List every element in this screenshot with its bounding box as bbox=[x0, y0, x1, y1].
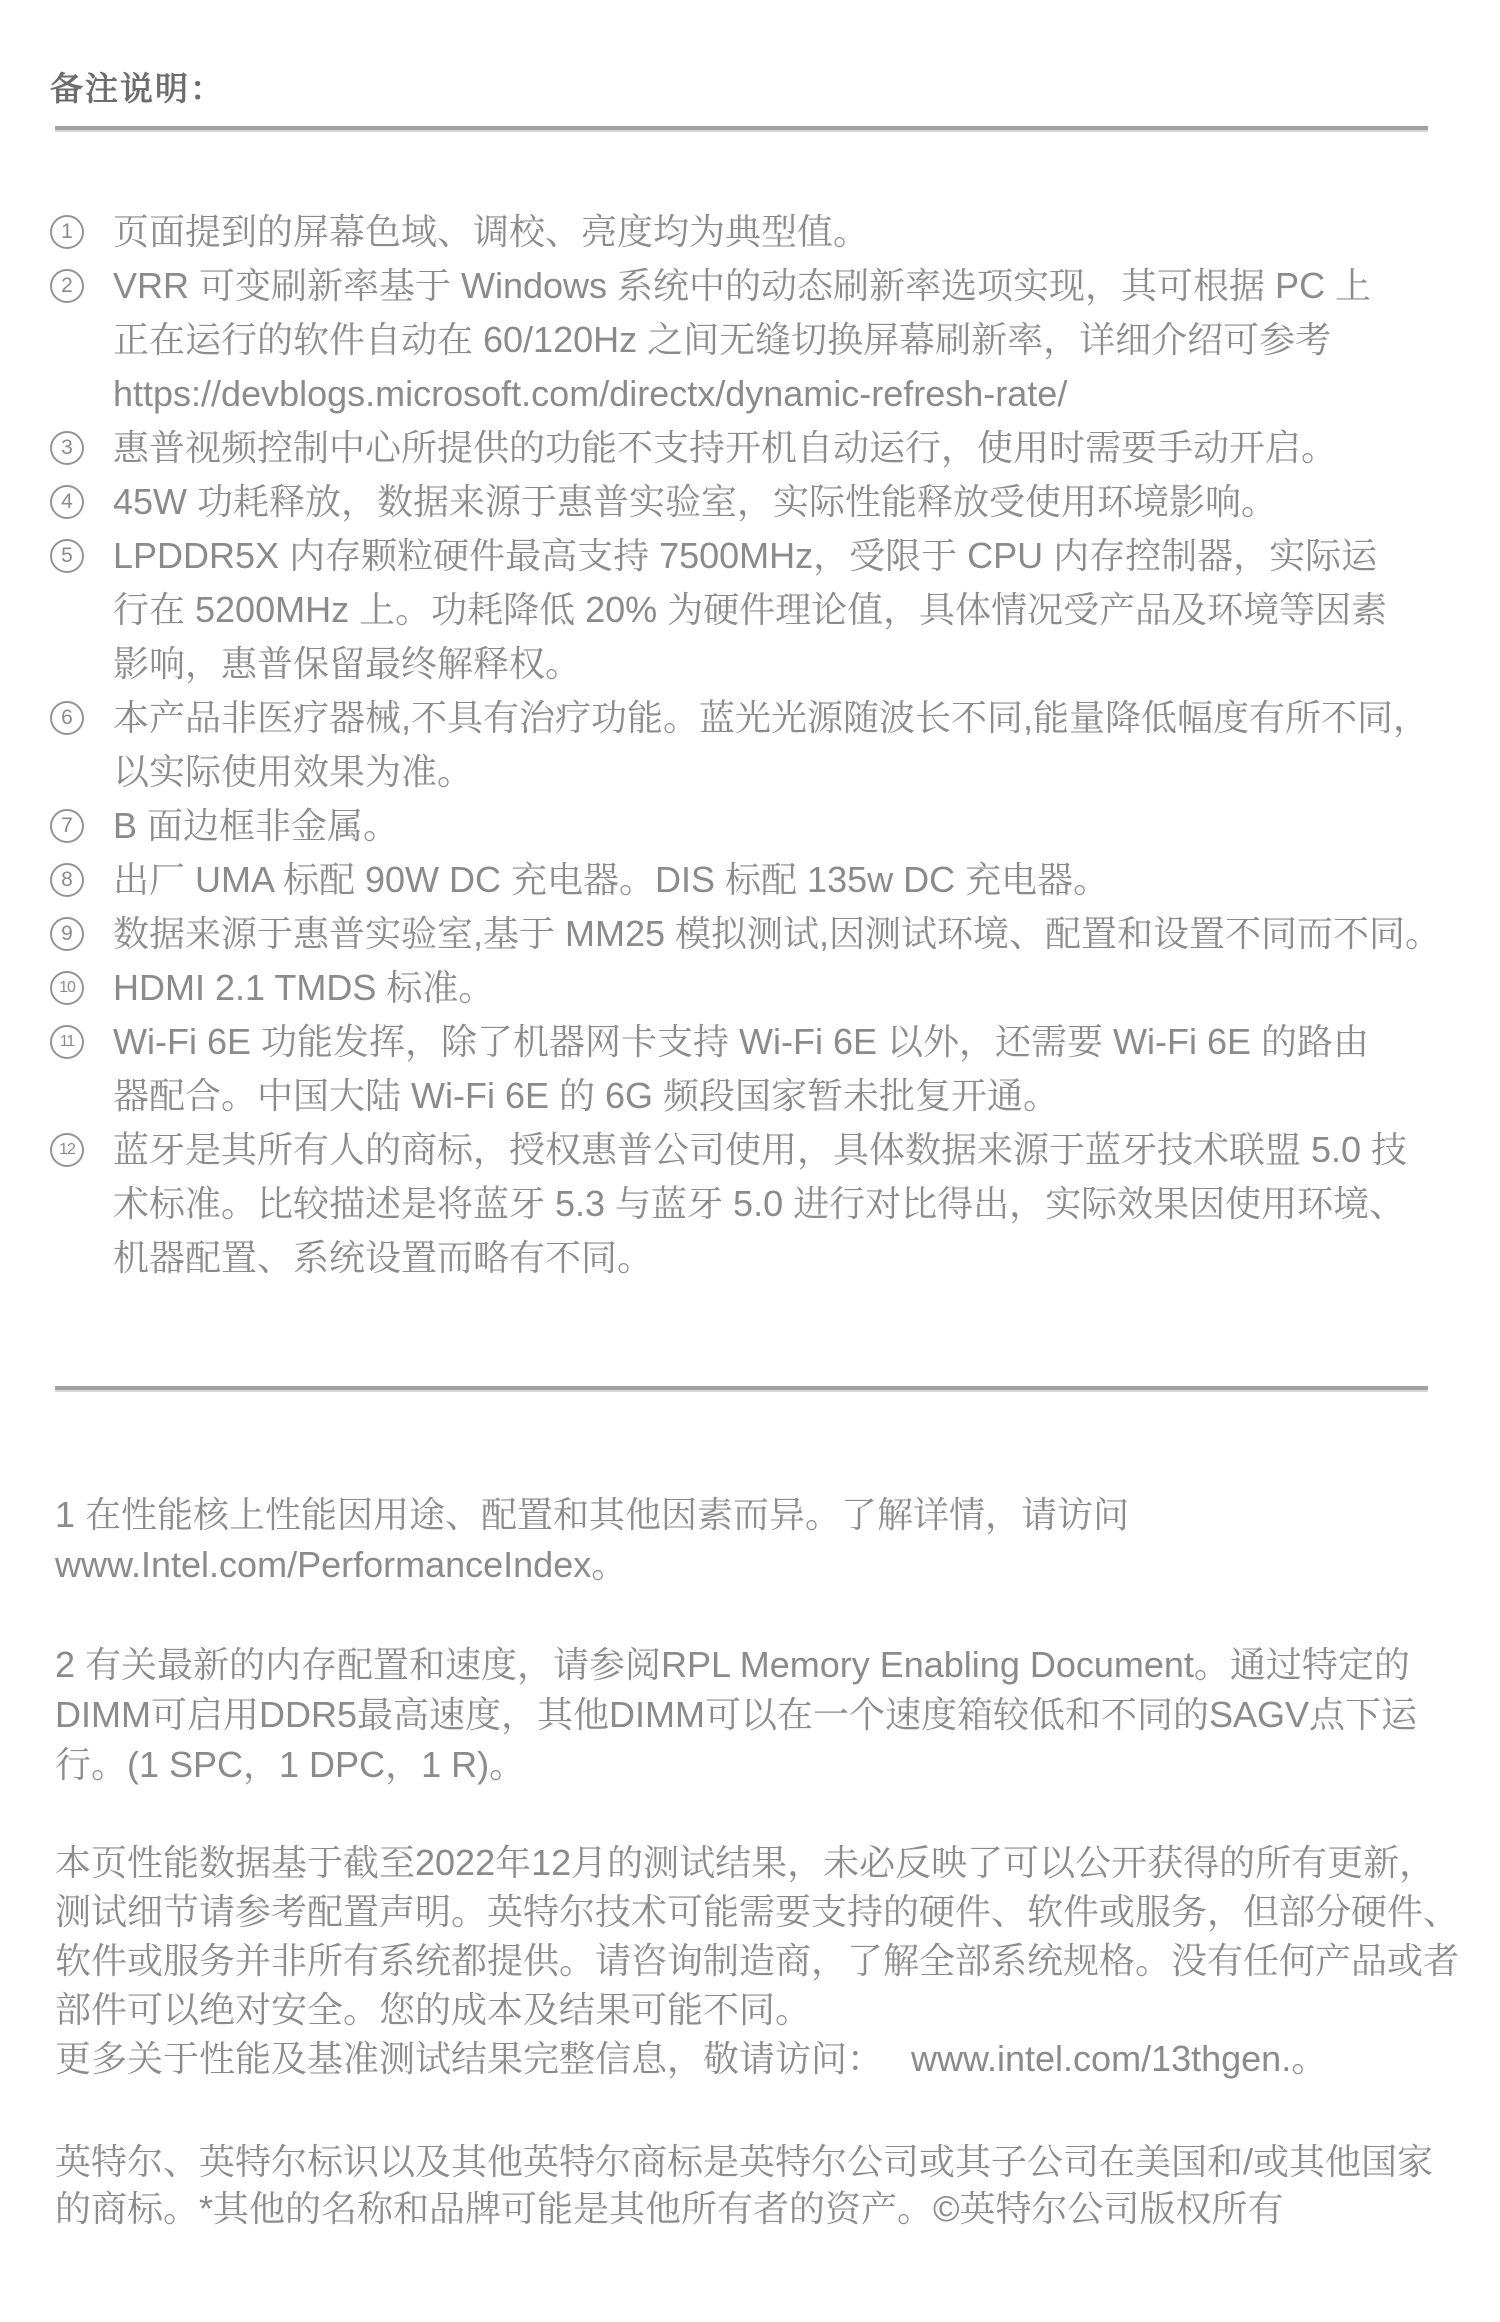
note-text: VRR 可变刷新率基于 Windows 系统中的动态刷新率选项实现，其可根据 P… bbox=[113, 259, 1371, 421]
note-item: 11 Wi-Fi 6E 功能发挥，除了机器网卡支持 Wi-Fi 6E 以外，还需… bbox=[50, 1015, 1445, 1123]
note-item: 2 VRR 可变刷新率基于 Windows 系统中的动态刷新率选项实现，其可根据… bbox=[50, 259, 1445, 421]
notes-list: 1 页面提到的屏幕色域、调校、亮度均为典型值。 2 VRR 可变刷新率基于 Wi… bbox=[50, 205, 1445, 1285]
note-item: 12 蓝牙是其所有人的商标，授权惠普公司使用，具体数据来源于蓝牙技术联盟 5.0… bbox=[50, 1123, 1445, 1285]
footnote-trademark-notice: 英特尔、英特尔标识以及其他英特尔商标是英特尔公司或其子公司在美国和/或其他国家 … bbox=[55, 2138, 1433, 2232]
note-text: B 面边框非金属。 bbox=[113, 799, 399, 853]
note-number-badge: 8 bbox=[50, 863, 84, 897]
note-number-badge: 5 bbox=[50, 539, 84, 573]
page-title: 备注说明： bbox=[50, 63, 225, 110]
note-item: 8 出厂 UMA 标配 90W DC 充电器。DIS 标配 135w DC 充电… bbox=[50, 853, 1445, 907]
note-text: 45W 功耗释放，数据来源于惠普实验室，实际性能释放受使用环境影响。 bbox=[113, 475, 1277, 529]
note-text: 本产品非医疗器械,不具有治疗功能。蓝光光源随波长不同,能量降低幅度有所不同， 以… bbox=[113, 691, 1429, 799]
footnote-performance-disclaimer: 本页性能数据基于截至2022年12月的测试结果，未必反映了可以公开获得的所有更新… bbox=[55, 1838, 1459, 2083]
note-number-badge: 10 bbox=[50, 971, 84, 1005]
bottom-divider bbox=[55, 1386, 1428, 1392]
note-text: 页面提到的屏幕色域、调校、亮度均为典型值。 bbox=[113, 205, 869, 259]
note-item: 7 B 面边框非金属。 bbox=[50, 799, 1445, 853]
note-number-badge: 3 bbox=[50, 431, 84, 465]
footnote-intel-memory: 2 有关最新的内存配置和速度，请参阅RPL Memory Enabling Do… bbox=[55, 1640, 1417, 1790]
note-number-badge: 9 bbox=[50, 917, 84, 951]
note-item: 1 页面提到的屏幕色域、调校、亮度均为典型值。 bbox=[50, 205, 1445, 259]
note-text: 数据来源于惠普实验室,基于 MM25 模拟测试,因测试环境、配置和设置不同而不同… bbox=[113, 907, 1441, 961]
note-number-badge: 11 bbox=[50, 1025, 84, 1059]
top-divider bbox=[55, 126, 1428, 132]
note-text: 蓝牙是其所有人的商标，授权惠普公司使用，具体数据来源于蓝牙技术联盟 5.0 技 … bbox=[113, 1123, 1407, 1285]
note-text: LPDDR5X 内存颗粒硬件最高支持 7500MHz，受限于 CPU 内存控制器… bbox=[113, 529, 1387, 691]
note-item: 4 45W 功耗释放，数据来源于惠普实验室，实际性能释放受使用环境影响。 bbox=[50, 475, 1445, 529]
note-item: 6 本产品非医疗器械,不具有治疗功能。蓝光光源随波长不同,能量降低幅度有所不同，… bbox=[50, 691, 1445, 799]
note-item: 3 惠普视频控制中心所提供的功能不支持开机自动运行，使用时需要手动开启。 bbox=[50, 421, 1445, 475]
note-number-badge: 2 bbox=[50, 269, 84, 303]
note-text: HDMI 2.1 TMDS 标准。 bbox=[113, 961, 494, 1015]
note-item: 9 数据来源于惠普实验室,基于 MM25 模拟测试,因测试环境、配置和设置不同而… bbox=[50, 907, 1445, 961]
note-number-badge: 4 bbox=[50, 485, 84, 519]
note-item: 10 HDMI 2.1 TMDS 标准。 bbox=[50, 961, 1445, 1015]
note-text: 出厂 UMA 标配 90W DC 充电器。DIS 标配 135w DC 充电器。 bbox=[113, 853, 1109, 907]
note-text: Wi-Fi 6E 功能发挥，除了机器网卡支持 Wi-Fi 6E 以外，还需要 W… bbox=[113, 1015, 1369, 1123]
note-text: 惠普视频控制中心所提供的功能不支持开机自动运行，使用时需要手动开启。 bbox=[113, 421, 1337, 475]
note-number-badge: 6 bbox=[50, 701, 84, 735]
note-number-badge: 1 bbox=[50, 215, 84, 249]
note-item: 5 LPDDR5X 内存颗粒硬件最高支持 7500MHz，受限于 CPU 内存控… bbox=[50, 529, 1445, 691]
footnote-intel-performance-core: 1 在性能核上性能因用途、配置和其他因素而异。了解详情，请访问 www.Inte… bbox=[55, 1490, 1129, 1590]
note-number-badge: 12 bbox=[50, 1133, 84, 1167]
note-number-badge: 7 bbox=[50, 809, 84, 843]
